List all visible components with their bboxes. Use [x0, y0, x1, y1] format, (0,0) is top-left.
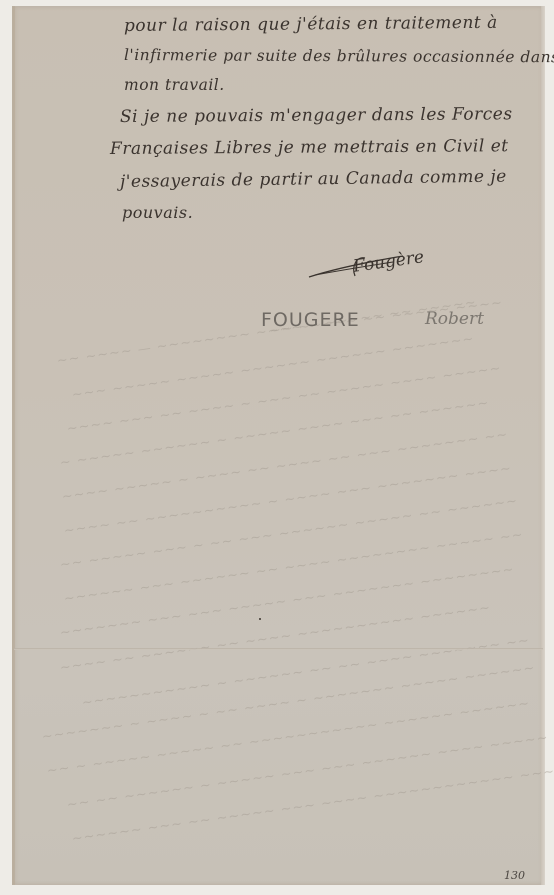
letter-body: pour la raison que j'étais en traitement… — [12, 6, 545, 885]
letter-line: pour la raison que j'étais en traitement… — [124, 13, 498, 36]
letter-line: pouvais. — [122, 203, 193, 222]
signature: Fougère — [307, 246, 437, 291]
document-viewer: ~~ ~~~~~ ~~ ~~~~~ ~~~~ ~~ ~~~~ — ~~~~~~~… — [0, 0, 554, 895]
letter-line: Si je ne pouvais m'engager dans les Forc… — [120, 104, 513, 127]
letter-line: j'essayerais de partir au Canada comme j… — [120, 167, 507, 192]
letter-line: l'infirmerie par suite des brûlures occa… — [124, 46, 554, 66]
paper-speck — [259, 618, 261, 620]
folio-number: 130 — [504, 869, 525, 882]
name-stamp-surname: FOUGERE — [261, 309, 360, 331]
name-stamp-first-name: Robert — [425, 309, 484, 329]
letter-line: mon travail. — [124, 76, 225, 94]
letter-page: ~~ ~~~~~ ~~ ~~~~~ ~~~~ ~~ ~~~~ — ~~~~~~~… — [12, 6, 545, 885]
letter-line: Françaises Libres je me mettrais en Civi… — [110, 136, 509, 159]
